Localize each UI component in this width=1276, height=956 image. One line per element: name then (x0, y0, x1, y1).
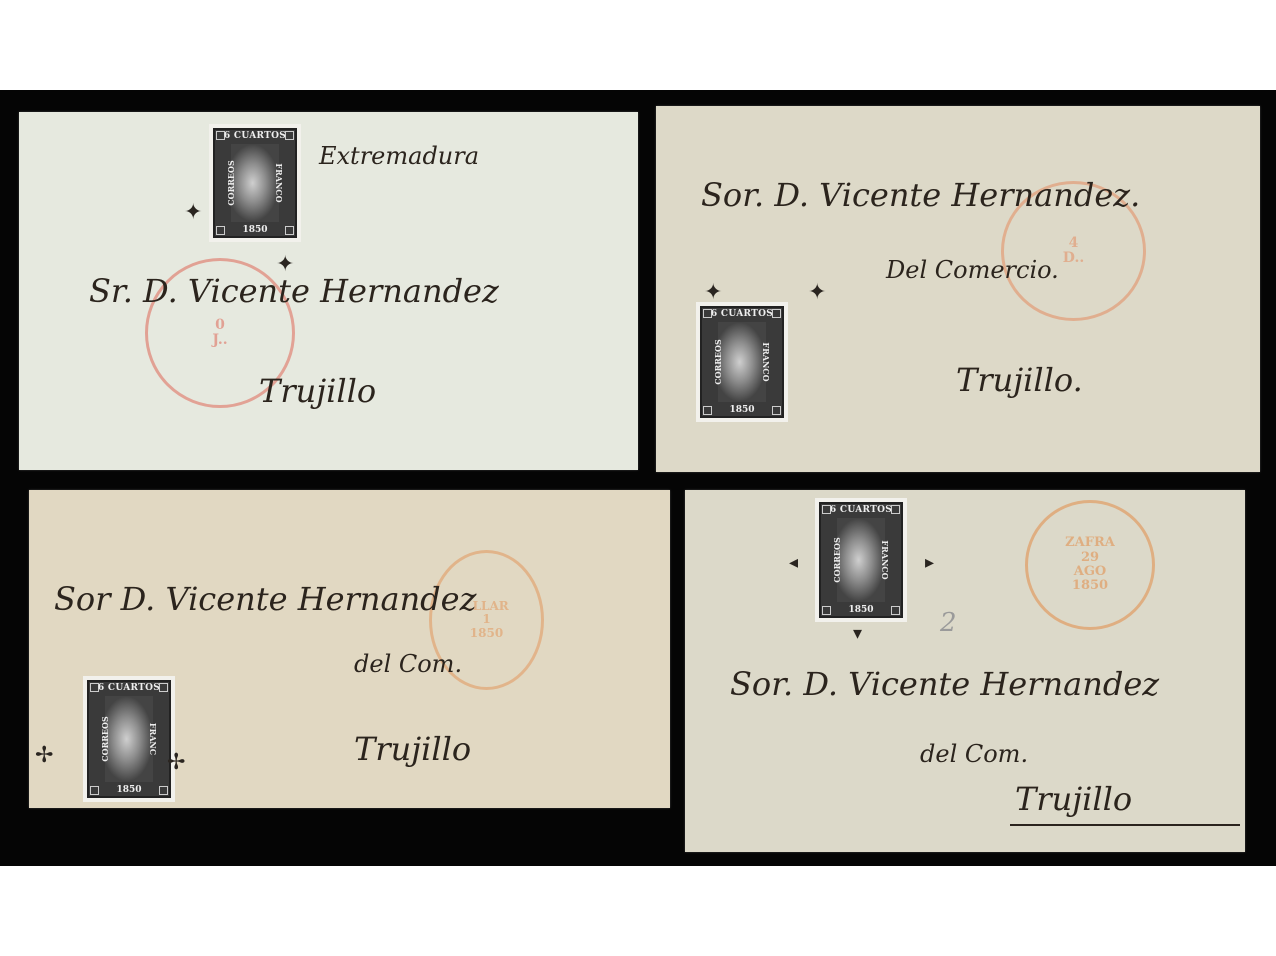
stamp-6-cuartos: 6 CUARTOS CORREOS FRANC 1850 (83, 676, 175, 802)
cover-3: 6 CUARTOS CORREOS FRANC 1850 ✢ ✢ ..LLAR … (29, 490, 670, 808)
stamp-denomination: 6 CUARTOS (89, 683, 169, 693)
arrow-cancel-icon: ◂ (789, 554, 798, 572)
cover-2: 6 CUARTOS CORREOS FRANCO 1850 ✦ ✦ 4 D.. … (656, 106, 1260, 472)
stamp-right-label: FRANCO (880, 530, 890, 590)
address-region: Extremadura (319, 142, 479, 170)
address-city: Trujillo (259, 372, 376, 410)
address-recipient: Sor D. Vicente Hernandez (54, 580, 476, 618)
address-recipient: Sor. D. Vicente Hernandez (730, 665, 1159, 703)
cancel-mark-icon: ✦ (184, 202, 202, 224)
orange-postmark: ZAFRA 29 AGO 1850 (1025, 500, 1155, 630)
stamp-6-cuartos: 6 CUARTOS CORREOS FRANCO 1850 (815, 498, 907, 622)
stamp-right-label: FRANCO (274, 153, 284, 213)
address-business: del Com. (354, 650, 462, 678)
address-city: Trujillo (354, 730, 471, 768)
stamp-6-cuartos: 6 CUARTOS CORREOS FRANCO 1850 (209, 124, 301, 242)
stamp-year: 1850 (89, 785, 169, 795)
stamp-right-label: FRANCO (761, 332, 771, 392)
stamp-left-label: CORREOS (100, 709, 110, 769)
stamp-left-label: CORREOS (832, 530, 842, 590)
stamp-year: 1850 (215, 225, 295, 235)
address-city: Trujillo. (956, 361, 1083, 399)
queen-portrait-icon (837, 518, 885, 602)
cancel-mark-icon: ✦ (808, 282, 826, 304)
stamp-6-cuartos: 6 CUARTOS CORREOS FRANCO 1850 (696, 302, 788, 422)
stamp-right-label: FRANC (148, 709, 158, 769)
queen-portrait-icon (231, 144, 279, 222)
queen-portrait-icon (105, 696, 153, 782)
address-recipient: Sr. D. Vicente Hernandez (89, 272, 499, 310)
address-business: Del Comercio. (886, 256, 1059, 284)
address-city: Trujillo (1015, 780, 1132, 818)
cancel-mark-icon: ✢ (35, 745, 53, 767)
pencil-note: 2 (940, 608, 957, 638)
cover-1: 6 CUARTOS CORREOS FRANCO 1850 ✦ ✦ 0 J.. … (19, 112, 638, 470)
cancel-mark-icon: ✦ (704, 282, 722, 304)
arrow-cancel-icon: ▾ (853, 625, 862, 643)
stamp-left-label: CORREOS (713, 332, 723, 392)
stamp-denomination: 6 CUARTOS (821, 505, 901, 515)
address-business: del Com. (920, 740, 1028, 768)
stamp-year: 1850 (821, 605, 901, 615)
address-underline (1010, 824, 1240, 826)
cover-4: 6 CUARTOS CORREOS FRANCO 1850 ◂ ▸ ▾ 2 ZA… (685, 490, 1245, 852)
cancel-mark-icon: ✢ (167, 752, 185, 774)
stamp-denomination: 6 CUARTOS (702, 309, 782, 319)
stamp-denomination: 6 CUARTOS (215, 131, 295, 141)
stamp-year: 1850 (702, 405, 782, 415)
stamp-left-label: CORREOS (226, 153, 236, 213)
address-recipient: Sor. D. Vicente Hernandez. (701, 176, 1140, 214)
arrow-cancel-icon: ▸ (925, 554, 934, 572)
queen-portrait-icon (718, 322, 766, 402)
